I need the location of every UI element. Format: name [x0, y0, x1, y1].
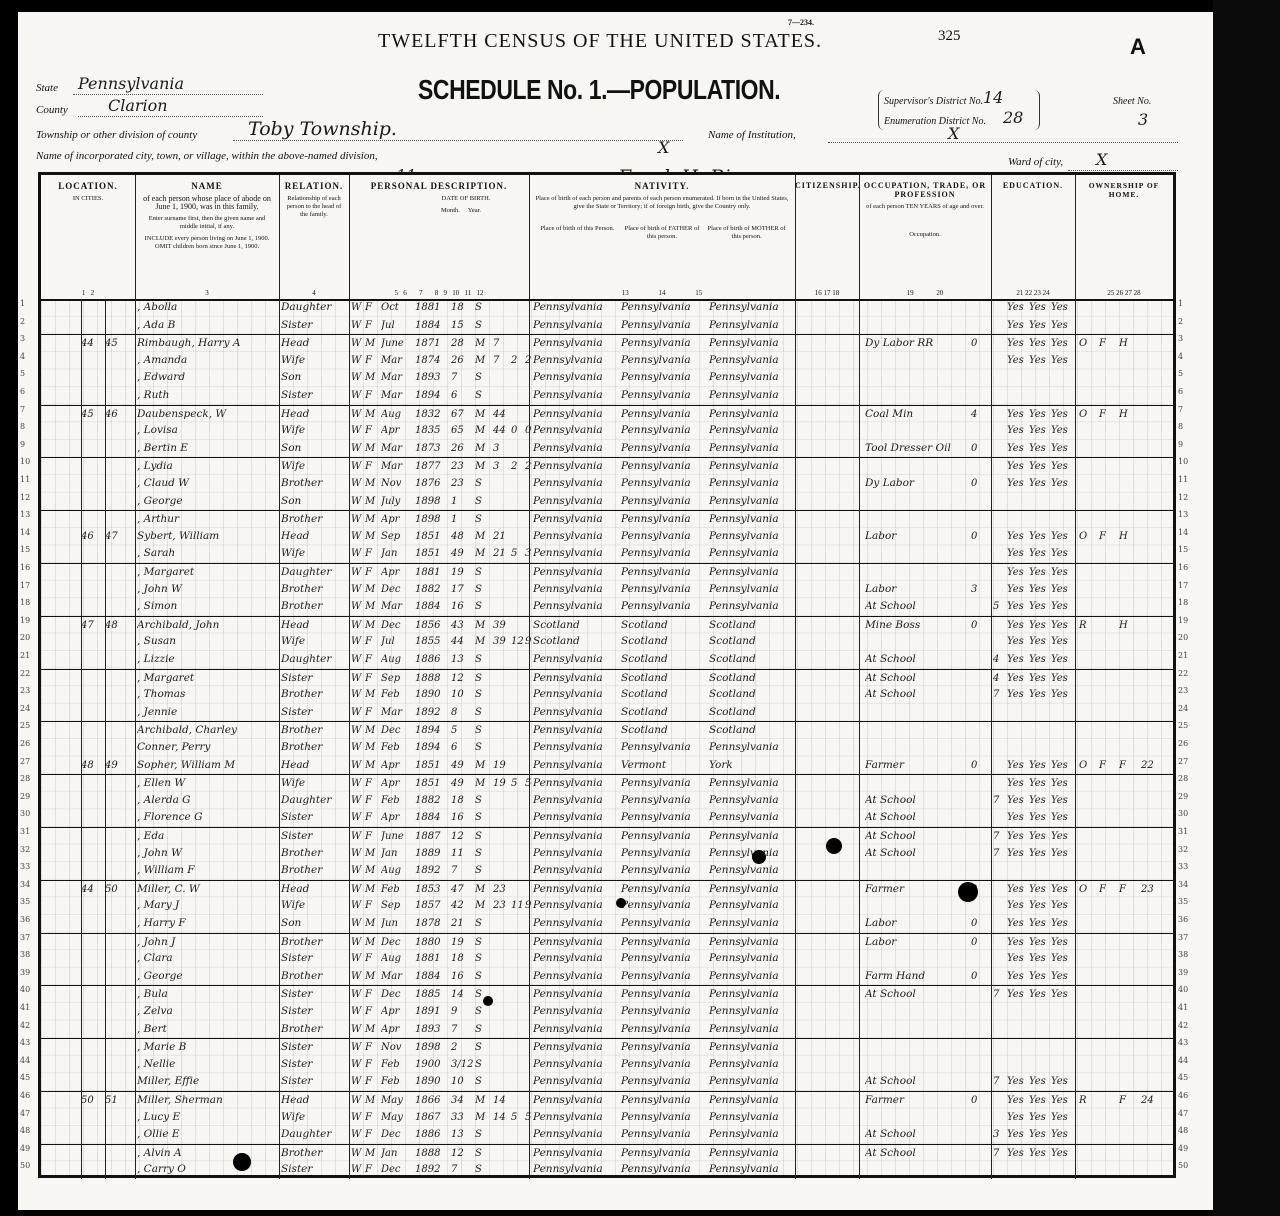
color: W	[351, 651, 363, 669]
can-speak-english: Yes	[1051, 881, 1073, 899]
birth-year: 1851	[415, 545, 449, 563]
age: 6	[451, 739, 475, 757]
birth-month: Apr	[381, 1003, 415, 1021]
birthplace-mother: Pennsylvania	[709, 369, 797, 387]
line-number: 48	[20, 1126, 30, 1135]
line-number: 4	[20, 352, 25, 361]
line-number: 48	[1178, 1126, 1188, 1135]
birthplace-person: Pennsylvania	[533, 881, 621, 899]
birthplace-mother: Pennsylvania	[709, 1003, 797, 1021]
line-number: 16	[20, 563, 30, 572]
can-speak-english: Yes	[1051, 845, 1073, 863]
birthplace-mother: Pennsylvania	[709, 440, 797, 458]
farm-house: F	[1119, 1092, 1139, 1110]
birthplace-person: Pennsylvania	[533, 564, 621, 582]
table-row: , ArthurBrotherWMApr18981SPennsylvaniaPe…	[41, 510, 1173, 529]
birth-month: Sep	[381, 528, 415, 546]
birthplace-father: Pennsylvania	[621, 352, 709, 370]
can-write: Yes	[1029, 617, 1051, 635]
person-name: , Sarah	[137, 545, 277, 563]
can-speak-english: Yes	[1051, 1109, 1073, 1127]
months-unemployed: 0	[971, 968, 989, 986]
relation: Brother	[281, 686, 347, 704]
birth-month: Apr	[381, 1021, 415, 1039]
sex: M	[365, 475, 379, 493]
sex: F	[365, 633, 379, 651]
header-ownership: OWNERSHIP OF HOME. 25 26 27 28	[1075, 175, 1173, 299]
owned-rented: O	[1079, 335, 1097, 353]
birthplace-person: Pennsylvania	[533, 1056, 621, 1074]
can-speak-english: Yes	[1051, 1073, 1073, 1091]
age: 43	[451, 617, 475, 635]
sex: M	[365, 968, 379, 986]
age: 23	[451, 458, 475, 476]
can-write: Yes	[1029, 1109, 1051, 1127]
years-married: 39	[493, 633, 509, 651]
table-row: , Carry OSisterWFDec18927SPennsylvaniaPe…	[41, 1161, 1173, 1179]
color: W	[351, 881, 363, 899]
header-education: EDUCATION. 21 22 23 24	[991, 175, 1076, 299]
line-number: 29	[20, 792, 30, 801]
months-unemployed: 0	[971, 915, 989, 933]
line-number: 3	[1178, 334, 1183, 343]
birthplace-person: Pennsylvania	[533, 1039, 621, 1057]
birth-year: 1898	[415, 493, 449, 511]
sex: M	[365, 1145, 379, 1163]
can-write: Yes	[1029, 651, 1051, 669]
years-married: 19	[493, 775, 509, 793]
scan-edge	[1213, 0, 1280, 1216]
relation: Brother	[281, 1145, 347, 1163]
person-name: , Lydia	[137, 458, 277, 476]
occupation: At School	[865, 598, 969, 616]
birth-year: 1877	[415, 458, 449, 476]
line-number: 42	[1178, 1021, 1188, 1030]
birth-month: Jan	[381, 845, 415, 863]
birth-year: 1871	[415, 335, 449, 353]
sex: F	[365, 352, 379, 370]
marital-status: S	[475, 598, 491, 616]
birth-month: Aug	[381, 862, 415, 880]
birthplace-mother: Pennsylvania	[709, 387, 797, 405]
age: 14	[451, 986, 475, 1004]
free-mortgaged: F	[1099, 335, 1117, 353]
sex: M	[365, 739, 379, 757]
birthplace-father: Scotland	[621, 617, 709, 635]
age: 12	[451, 670, 475, 688]
relation: Head	[281, 617, 347, 635]
person-name: , Jennie	[137, 704, 277, 722]
birthplace-mother: Pennsylvania	[709, 299, 797, 317]
table-row: , LovisaWifeWFApr183565M4400Pennsylvania…	[41, 422, 1173, 440]
county-value: Clarion	[108, 96, 168, 115]
relation: Daughter	[281, 564, 347, 582]
marital-status: S	[475, 670, 491, 688]
birthplace-father: Pennsylvania	[621, 406, 709, 424]
sex: M	[365, 335, 379, 353]
line-number: 27	[20, 757, 30, 766]
birth-month: Jun	[381, 915, 415, 933]
can-read: Yes	[1007, 299, 1029, 317]
line-number: 26	[1178, 739, 1188, 748]
age: 65	[451, 422, 475, 440]
relation: Wife	[281, 352, 347, 370]
dwelling-number: 44	[81, 335, 103, 353]
line-number: 6	[20, 387, 25, 396]
line-number: 24	[20, 704, 30, 713]
birthplace-father: Pennsylvania	[621, 528, 709, 546]
census-table: LOCATION. IN CITIES. 1 2 NAME of each pe…	[38, 172, 1176, 1178]
mother-of: 5	[511, 1109, 523, 1127]
can-speak-english: Yes	[1051, 1126, 1073, 1144]
can-read: Yes	[1007, 617, 1029, 635]
marital-status: S	[475, 828, 491, 846]
marital-status: S	[475, 1039, 491, 1057]
owned-rented: R	[1079, 617, 1097, 635]
person-name: , Ollie E	[137, 1126, 277, 1144]
sex: F	[365, 651, 379, 669]
person-name: , John W	[137, 581, 277, 599]
school-months: 7	[993, 792, 1007, 810]
marital-status: S	[475, 387, 491, 405]
birthplace-mother: Pennsylvania	[709, 1092, 797, 1110]
line-number: 8	[20, 422, 25, 431]
months-unemployed: 0	[971, 1092, 989, 1110]
can-read: Yes	[1007, 845, 1029, 863]
birth-month: Dec	[381, 986, 415, 1004]
sex: M	[365, 757, 379, 775]
birthplace-person: Pennsylvania	[533, 422, 621, 440]
sex: F	[365, 422, 379, 440]
marital-status: M	[475, 617, 491, 635]
line-number: 15	[1178, 545, 1188, 554]
line-number: 39	[20, 968, 30, 977]
line-number: 38	[1178, 950, 1188, 959]
birthplace-person: Pennsylvania	[533, 299, 621, 317]
months-unemployed: 3	[971, 581, 989, 599]
line-number: 20	[20, 633, 30, 642]
can-speak-english: Yes	[1051, 406, 1073, 424]
color: W	[351, 1161, 363, 1179]
birthplace-mother: Scotland	[709, 722, 797, 740]
color: W	[351, 1126, 363, 1144]
age: 2	[451, 1039, 475, 1057]
school-months: 7	[993, 1073, 1007, 1091]
table-row: , JennieSisterWFMar18928SPennsylvaniaSco…	[41, 704, 1173, 722]
birth-month: Feb	[381, 881, 415, 899]
dwelling-number: 46	[81, 528, 103, 546]
marital-status: M	[475, 775, 491, 793]
color: W	[351, 934, 363, 952]
marital-status: M	[475, 335, 491, 353]
line-number: 14	[1178, 528, 1188, 537]
dwelling-number: 50	[81, 1092, 103, 1110]
can-write: Yes	[1029, 545, 1051, 563]
line-number: 33	[20, 862, 30, 871]
age: 9	[451, 1003, 475, 1021]
birthplace-mother: Pennsylvania	[709, 1056, 797, 1074]
birthplace-father: Pennsylvania	[621, 1109, 709, 1127]
farm-schedule: 24	[1141, 1092, 1167, 1110]
person-name: , Bula	[137, 986, 277, 1004]
birthplace-father: Pennsylvania	[621, 950, 709, 968]
months-unemployed: 0	[971, 335, 989, 353]
occupation: Labor	[865, 915, 969, 933]
can-read: Yes	[1007, 828, 1029, 846]
birth-month: Nov	[381, 475, 415, 493]
birthplace-person: Pennsylvania	[533, 493, 621, 511]
table-row: 4748Archibald, JohnHeadWMDec185643M39Sco…	[41, 616, 1173, 635]
table-row: , John WBrotherWMJan188911SPennsylvaniaP…	[41, 845, 1173, 863]
color: W	[351, 581, 363, 599]
can-read: Yes	[1007, 317, 1029, 335]
school-months: 7	[993, 845, 1007, 863]
birth-year: 1867	[415, 1109, 449, 1127]
line-number: 35	[1178, 897, 1188, 906]
color: W	[351, 1021, 363, 1039]
occupation: At School	[865, 1073, 969, 1091]
line-number: 1	[1178, 299, 1183, 308]
relation: Brother	[281, 722, 347, 740]
birthplace-person: Pennsylvania	[533, 581, 621, 599]
age: 5	[451, 722, 475, 740]
person-name: , Bertin E	[137, 440, 277, 458]
marital-status: S	[475, 915, 491, 933]
birthplace-person: Pennsylvania	[533, 686, 621, 704]
person-name: , Zelva	[137, 1003, 277, 1021]
color: W	[351, 897, 363, 915]
line-number: 34	[20, 880, 30, 889]
marital-status: S	[475, 1126, 491, 1144]
can-read: Yes	[1007, 809, 1029, 827]
birth-month: Apr	[381, 564, 415, 582]
school-months: 3	[993, 1126, 1007, 1144]
can-speak-english: Yes	[1051, 792, 1073, 810]
free-mortgaged: F	[1099, 528, 1117, 546]
can-speak-english: Yes	[1051, 475, 1073, 493]
birthplace-father: Pennsylvania	[621, 968, 709, 986]
sex: M	[365, 881, 379, 899]
color: W	[351, 387, 363, 405]
can-read: Yes	[1007, 651, 1029, 669]
birth-year: 1900	[415, 1056, 449, 1074]
birth-year: 1890	[415, 1073, 449, 1091]
birth-month: Apr	[381, 757, 415, 775]
table-row: , Ada BSisterWFJul188415SPennsylvaniaPen…	[41, 317, 1173, 335]
family-number: 49	[105, 757, 129, 775]
marital-status: S	[475, 722, 491, 740]
line-number: 11	[20, 475, 30, 484]
color: W	[351, 335, 363, 353]
birthplace-father: Pennsylvania	[621, 1073, 709, 1091]
school-months: 7	[993, 986, 1007, 1004]
birth-month: Apr	[381, 422, 415, 440]
birthplace-person: Pennsylvania	[533, 670, 621, 688]
birthplace-person: Pennsylvania	[533, 968, 621, 986]
color: W	[351, 757, 363, 775]
relation: Wife	[281, 633, 347, 651]
years-married: 3	[493, 458, 509, 476]
months-unemployed: 0	[971, 475, 989, 493]
line-number: 11	[1178, 475, 1188, 484]
institution-label: Name of Institution,	[708, 129, 796, 141]
age: 8	[451, 704, 475, 722]
sex: M	[365, 934, 379, 952]
birthplace-mother: Pennsylvania	[709, 934, 797, 952]
sex: M	[365, 598, 379, 616]
age: 17	[451, 581, 475, 599]
age: 49	[451, 757, 475, 775]
line-number: 25	[20, 721, 30, 730]
years-married: 23	[493, 897, 509, 915]
sex: M	[365, 722, 379, 740]
sex: F	[365, 458, 379, 476]
can-speak-english: Yes	[1051, 897, 1073, 915]
birthplace-father: Pennsylvania	[621, 387, 709, 405]
relation: Head	[281, 881, 347, 899]
birthplace-mother: Pennsylvania	[709, 739, 797, 757]
sheet-label: Sheet No.	[1113, 96, 1151, 107]
can-read: Yes	[1007, 1073, 1029, 1091]
birthplace-person: Pennsylvania	[533, 828, 621, 846]
color: W	[351, 458, 363, 476]
birth-month: Aug	[381, 950, 415, 968]
color: W	[351, 704, 363, 722]
table-row: 4450Miller, C. WHeadWMFeb185347M23Pennsy…	[41, 880, 1173, 899]
birthplace-person: Pennsylvania	[533, 458, 621, 476]
table-row: 4647Sybert, WilliamHeadWMSep185148M21Pen…	[41, 528, 1173, 546]
family-number: 45	[105, 335, 129, 353]
table-row: , BulaSisterWFDec188514SPennsylvaniaPenn…	[41, 985, 1173, 1004]
can-read: Yes	[1007, 633, 1029, 651]
color: W	[351, 511, 363, 529]
occupation: At School	[865, 651, 969, 669]
birth-month: Mar	[381, 369, 415, 387]
can-speak-english: Yes	[1051, 564, 1073, 582]
can-write: Yes	[1029, 1073, 1051, 1091]
marital-status: S	[475, 475, 491, 493]
table-row: , Ollie EDaughterWFDec188613SPennsylvani…	[41, 1126, 1173, 1144]
farm-house: F	[1119, 881, 1139, 899]
sex: M	[365, 862, 379, 880]
sex: F	[365, 950, 379, 968]
line-number: 20	[1178, 633, 1188, 642]
can-write: Yes	[1029, 475, 1051, 493]
can-speak-english: Yes	[1051, 528, 1073, 546]
family-number: 50	[105, 881, 129, 899]
marital-status: M	[475, 406, 491, 424]
birth-month: Feb	[381, 686, 415, 704]
marital-status: S	[475, 1021, 491, 1039]
table-row: 4445Rimbaugh, Harry AHeadWMJune187128M7P…	[41, 334, 1173, 353]
person-name: , Ada B	[137, 317, 277, 335]
line-number: 1	[20, 299, 25, 308]
table-row: , AmandaWifeWFMar187426M722PennsylvaniaP…	[41, 352, 1173, 370]
free-mortgaged: F	[1099, 881, 1117, 899]
marital-status: S	[475, 1056, 491, 1074]
can-read: Yes	[1007, 1126, 1029, 1144]
relation: Sister	[281, 670, 347, 688]
relation: Wife	[281, 897, 347, 915]
birthplace-person: Pennsylvania	[533, 757, 621, 775]
relation: Sister	[281, 317, 347, 335]
table-row: , Alvin ABrotherWMJan188812SPennsylvania…	[41, 1144, 1173, 1163]
relation: Head	[281, 528, 347, 546]
table-row: , RuthSisterWFMar18946SPennsylvaniaPenns…	[41, 387, 1173, 405]
color: W	[351, 1145, 363, 1163]
birthplace-father: Pennsylvania	[621, 458, 709, 476]
marital-status: S	[475, 1073, 491, 1091]
can-read: Yes	[1007, 598, 1029, 616]
line-number: 17	[1178, 581, 1188, 590]
marital-status: S	[475, 686, 491, 704]
color: W	[351, 422, 363, 440]
birthplace-person: Pennsylvania	[533, 1145, 621, 1163]
table-row: , LizzieDaughterWFAug188613SPennsylvania…	[41, 651, 1173, 669]
birthplace-father: Scotland	[621, 633, 709, 651]
months-unemployed: 0	[971, 757, 989, 775]
person-name: , Ruth	[137, 387, 277, 405]
marital-status: S	[475, 581, 491, 599]
marital-status: M	[475, 1109, 491, 1127]
person-name: , Harry F	[137, 915, 277, 933]
dwelling-number: 47	[81, 617, 103, 635]
can-write: Yes	[1029, 598, 1051, 616]
free-mortgaged: F	[1099, 406, 1117, 424]
birth-year: 1892	[415, 704, 449, 722]
relation: Head	[281, 335, 347, 353]
state-value: Pennsylvania	[78, 74, 184, 93]
form-number: 7—234.	[788, 18, 814, 27]
ink-blot	[958, 882, 978, 902]
age: 49	[451, 775, 475, 793]
sex: F	[365, 775, 379, 793]
table-row: , ThomasBrotherWMFeb189010SPennsylvaniaS…	[41, 686, 1173, 704]
sex: M	[365, 528, 379, 546]
person-name: , Lizzie	[137, 651, 277, 669]
color: W	[351, 633, 363, 651]
census-title: TWELFTH CENSUS OF THE UNITED STATES.	[378, 30, 822, 53]
birthplace-person: Pennsylvania	[533, 528, 621, 546]
birthplace-father: Pennsylvania	[621, 862, 709, 880]
age: 49	[451, 545, 475, 563]
ink-blot	[616, 898, 626, 908]
birth-year: 1874	[415, 352, 449, 370]
birthplace-person: Pennsylvania	[533, 352, 621, 370]
relation: Brother	[281, 845, 347, 863]
birthplace-mother: Pennsylvania	[709, 564, 797, 582]
sex: M	[365, 406, 379, 424]
marital-status: M	[475, 528, 491, 546]
person-name: Archibald, Charley	[137, 722, 277, 740]
color: W	[351, 915, 363, 933]
birthplace-mother: Scotland	[709, 670, 797, 688]
line-number: 13	[20, 510, 30, 519]
can-speak-english: Yes	[1051, 299, 1073, 317]
can-write: Yes	[1029, 528, 1051, 546]
person-name: , Eda	[137, 828, 277, 846]
table-row: , SusanWifeWFJul185544M39129ScotlandScot…	[41, 633, 1173, 651]
sex: F	[365, 809, 379, 827]
birth-month: Dec	[381, 581, 415, 599]
sex: F	[365, 564, 379, 582]
age: 11	[451, 845, 475, 863]
sheet-number: 3	[1138, 110, 1148, 129]
can-speak-english: Yes	[1051, 458, 1073, 476]
schedule-title: SCHEDULE No. 1.—POPULATION.	[418, 74, 780, 106]
table-row: , Ellen WWifeWFApr185149M1955Pennsylvani…	[41, 774, 1173, 793]
ink-blot	[752, 850, 766, 864]
